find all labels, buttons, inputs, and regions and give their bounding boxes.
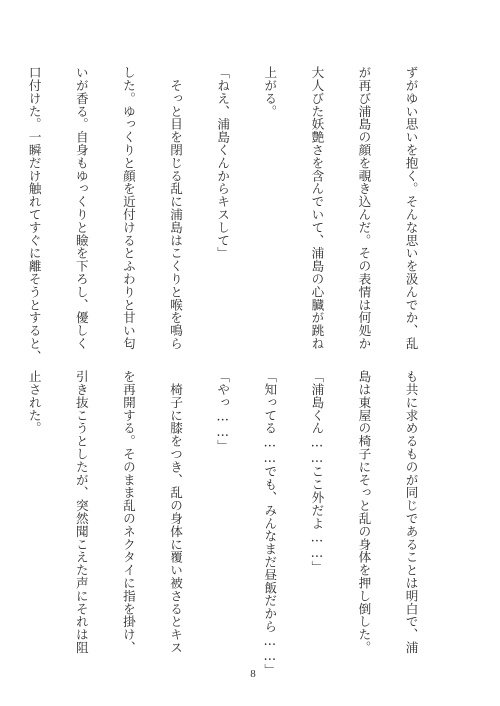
text-block-upper: ずがゆい思いを抱く。そんな思いを汲んでか、乱 が再び浦島の顔を覗き込んだ。その表… [55, 66, 450, 350]
text-column: 上がる。 [262, 66, 278, 350]
text-column: 「浦島くん……ここ外だよ……」 [309, 370, 325, 654]
text-column: いが香る。自身もゆっくりと瞼を下ろし、優しく [73, 66, 89, 350]
text-column: した。ゆっくりと顔を近付けるとふわりと甘い匂 [120, 66, 136, 350]
text-column: 「知ってる……でも、みんなまだ昼飯だから……」 [262, 370, 278, 654]
text-column: そっと目を閉じる乱に浦島はこくりと喉を鳴ら [167, 66, 183, 350]
text-column: 「ねえ、浦島くんからキスして」 [214, 66, 230, 350]
text-column: 島は東屋の椅子にそっと乱の身体を押し倒した。 [356, 370, 372, 654]
text-column: ずがゆい思いを抱く。そんな思いを汲んでか、乱 [403, 66, 419, 350]
page-number: 8 [246, 668, 260, 680]
text-column: も共に求めるものが同じであることは明白で、浦 [403, 370, 419, 654]
text-column: 口付けた。一瞬だけ触れてすぐに離そうとすると、 [26, 66, 42, 350]
text-column: 椅子に膝をつき、乱の身体に覆い被さるとキス [167, 370, 183, 654]
text-column: が再び浦島の顔を覗き込んだ。その表情は何処か [356, 66, 372, 350]
text-column: 大人びた妖艶さを含んでいて、浦島の心臓が跳ね [309, 66, 325, 350]
text-column: を再開する。そのまま乱のネクタイに指を掛け、 [120, 370, 136, 654]
text-column: 引き抜こうとしたが、突然聞こえた声にそれは阻 [73, 370, 89, 654]
text-column: 止された。 [26, 370, 42, 654]
text-block-lower: も共に求めるものが同じであることは明白で、浦 島は東屋の椅子にそっと乱の身体を押… [55, 370, 450, 654]
text-column: 「やっ……」 [214, 370, 230, 654]
